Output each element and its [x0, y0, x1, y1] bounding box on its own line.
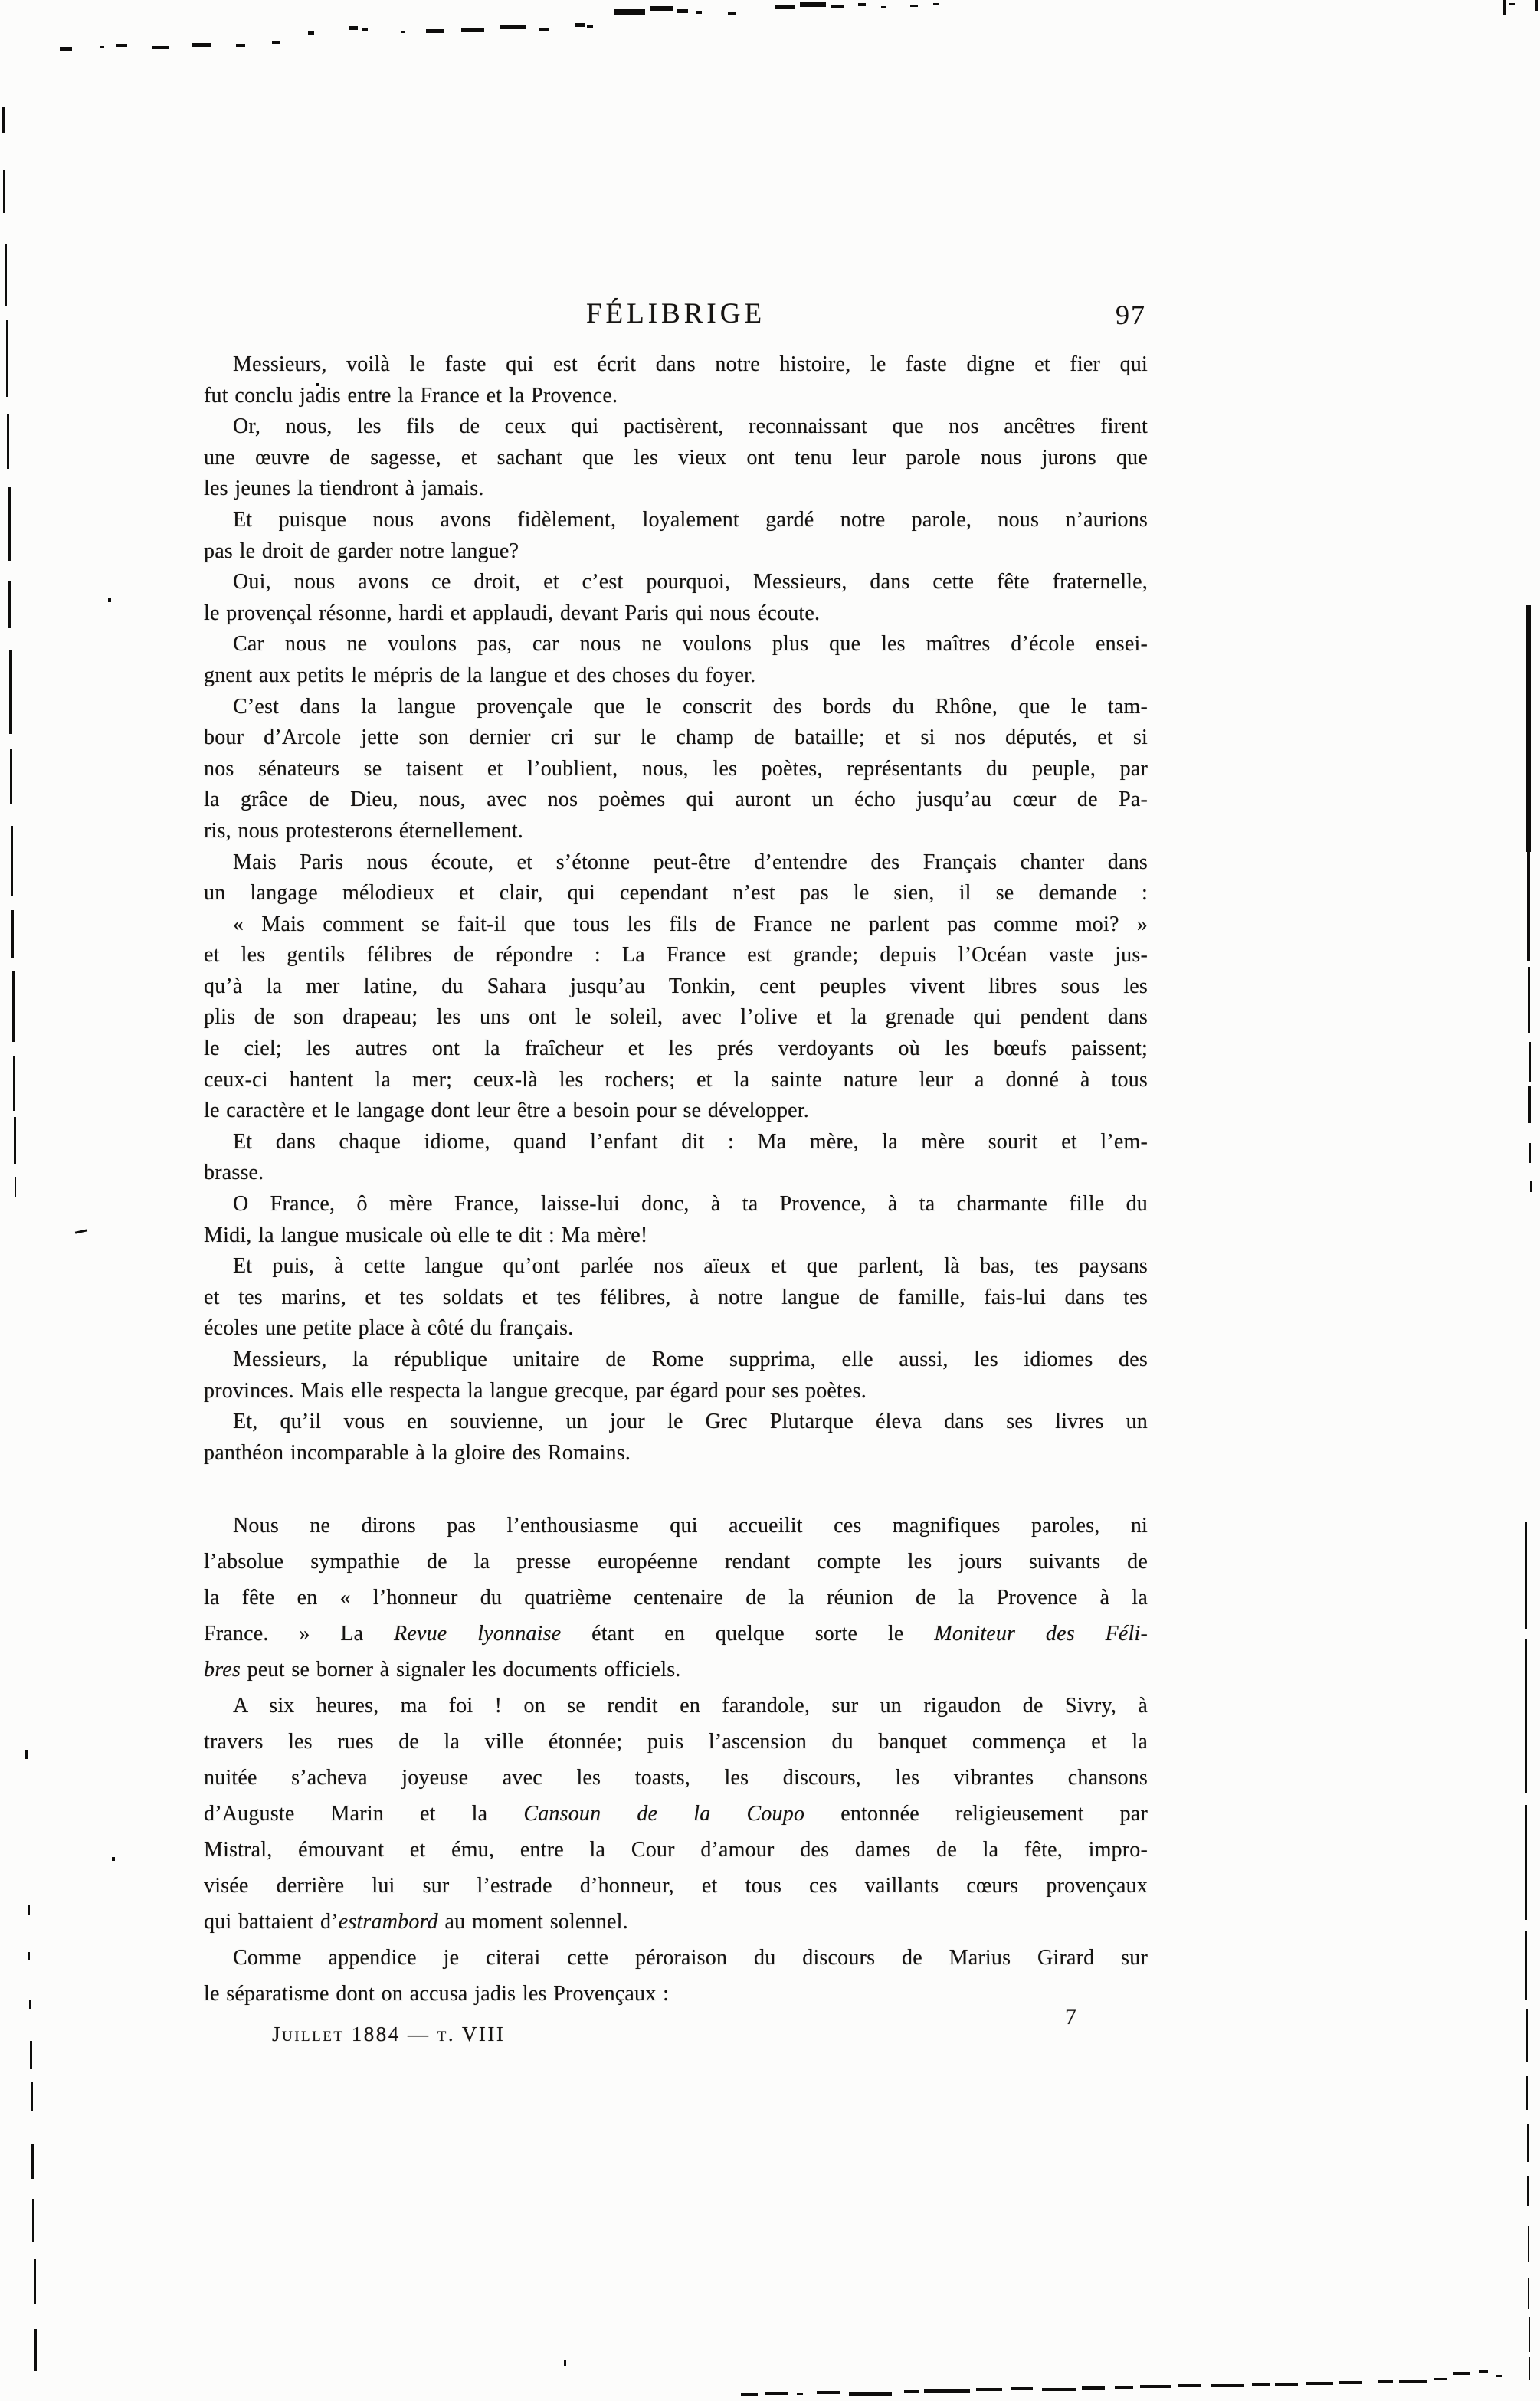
scan-speck: [28, 1905, 30, 1915]
scan-speck: [1535, 0, 1538, 11]
scan-speck: [564, 2360, 566, 2366]
speech-text-block: Messieurs, voilà le faste qui est écrit …: [204, 349, 1148, 1469]
text-line: « Mais comment se fait-il que tous les f…: [204, 909, 1148, 941]
text-line: qu’à la mer latine, du Sahara jusqu’au T…: [204, 971, 1148, 1003]
text-line: ceux-ci hantent la mer; ceux-là les roch…: [204, 1065, 1148, 1096]
scan-speck: [1528, 2278, 1529, 2309]
text-line: Mistral, émouvant et ému, entre la Cour …: [204, 1832, 1148, 1868]
text-run: et les gentils félibres de répondre : La…: [204, 943, 1148, 967]
text-run: France. » La: [204, 1622, 394, 1646]
scan-speck: [1529, 1143, 1531, 1163]
scan-speck: [1526, 2009, 1528, 2062]
text-run: Et dans chaque idiome, quand l’enfant di…: [233, 1130, 1148, 1154]
scan-speck: [1509, 3, 1515, 5]
scan-speck: [13, 1056, 15, 1111]
text-run: le provençal résonne, hardi et applaudi,…: [204, 601, 820, 625]
text-run: Or, nous, les fils de ceux qui pactisère…: [233, 414, 1148, 438]
scan-speck: [8, 487, 11, 561]
scan-speck: [1399, 2380, 1427, 2383]
text-line: plis de son drapeau; les uns ont le sole…: [204, 1002, 1148, 1033]
italic-text-run: Revue lyonnaise: [394, 1622, 561, 1646]
text-line: et tes marins, et tes soldats et tes fél…: [204, 1282, 1148, 1314]
scan-speck: [924, 2389, 970, 2393]
text-run: Et puis, à cette langue qu’ont parlée no…: [233, 1254, 1148, 1278]
scan-speck: [15, 1177, 16, 1197]
page-number: 97: [1116, 299, 1146, 331]
scan-speck: [14, 1117, 16, 1164]
scan-speck: [32, 2199, 34, 2242]
text-line: brasse.: [204, 1158, 1148, 1189]
text-line: fut conclu jadis entre la France et la P…: [204, 381, 1148, 412]
scan-speck: [1527, 2176, 1529, 2206]
text-line: O France, ô mère France, laisse-lui donc…: [204, 1189, 1148, 1220]
text-run: étant en quelque sorte le: [561, 1622, 934, 1646]
text-line: Or, nous, les fils de ceux qui pactisère…: [204, 411, 1148, 443]
scan-speck: [1479, 2370, 1488, 2373]
scan-speck: [8, 581, 11, 628]
scan-speck: [108, 598, 111, 602]
text-line: panthéon incomparable à la gloire des Ro…: [204, 1438, 1148, 1469]
scan-speck: [349, 26, 358, 30]
text-run: entonnée religieusement par: [804, 1802, 1148, 1826]
scan-speck: [7, 414, 9, 469]
text-line: Car nous ne voulons pas, car nous ne vou…: [204, 629, 1148, 660]
text-line: nuitée s’acheva joyeuse avec les toasts,…: [204, 1760, 1148, 1796]
text-line: Et, qu’il vous en souvienne, un jour le …: [204, 1407, 1148, 1438]
text-run: bour d’Arcole jette son dernier cri sur …: [204, 726, 1148, 749]
text-run: plis de son drapeau; les uns ont le sole…: [204, 1005, 1148, 1029]
text-run: les jeunes la tiendront à jamais.: [204, 477, 484, 500]
text-line: gnent aux petits le mépris de la langue …: [204, 660, 1148, 692]
scan-speck: [60, 47, 72, 51]
scan-speck: [316, 383, 319, 386]
text-line: le séparatisme dont on accusa jadis les …: [204, 1976, 1148, 2012]
text-run: Midi, la langue musicale où elle te dit …: [204, 1223, 647, 1247]
text-run: Et, qu’il vous en souvienne, un jour le …: [233, 1410, 1148, 1433]
text-run: Messieurs, la république unitaire de Rom…: [233, 1348, 1148, 1371]
signature-mark: 7: [1065, 2004, 1076, 2030]
scan-speck: [500, 25, 526, 29]
text-run: et tes marins, et tes soldats et tes fél…: [204, 1286, 1148, 1309]
text-line: provinces. Mais elle respecta la langue …: [204, 1376, 1148, 1407]
text-line: d’Auguste Marin et la Cansoun de la Coup…: [204, 1796, 1148, 1832]
scan-speck: [30, 2041, 32, 2069]
text-line: Et puisque nous avons fidèlement, loyale…: [204, 505, 1148, 536]
scan-speck: [1526, 2076, 1528, 2110]
text-run: le ciel; les autres ont la fraîcheur et …: [204, 1037, 1148, 1060]
scan-speck: [1528, 1086, 1531, 1123]
scan-speck: [1530, 1181, 1532, 1192]
text-line: ris, nous protesterons éternellement.: [204, 816, 1148, 847]
text-run: Et puisque nous avons fidèlement, loyale…: [233, 508, 1148, 532]
running-title: FÉLIBRIGE: [204, 297, 1148, 330]
text-run: qui battaient d’: [204, 1910, 339, 1934]
text-line: Et dans chaque idiome, quand l’enfant di…: [204, 1127, 1148, 1158]
scanned-page: FÉLIBRIGE 97 Messieurs, voilà le faste q…: [0, 0, 1540, 2401]
text-line: Messieurs, voilà le faste qui est écrit …: [204, 349, 1148, 381]
text-run: travers les rues de la ville étonnée; pu…: [204, 1730, 1148, 1754]
italic-text-run: Cansoun de la Coupo: [523, 1802, 804, 1826]
scan-speck: [849, 2392, 892, 2396]
text-run: panthéon incomparable à la gloire des Ro…: [204, 1441, 631, 1465]
text-line: qui battaient d’estrambord au moment sol…: [204, 1904, 1148, 1940]
text-run: gnent aux petits le mépris de la langue …: [204, 663, 755, 687]
text-run: A six heures, ma foi ! on se rendit en f…: [233, 1694, 1148, 1718]
scan-speck: [192, 43, 211, 47]
text-line: les jeunes la tiendront à jamais.: [204, 473, 1148, 505]
scan-speck: [741, 2393, 758, 2396]
scan-speck: [12, 971, 15, 1042]
italic-text-run: bres: [204, 1658, 241, 1682]
scan-speck: [34, 2329, 37, 2371]
scan-speck: [1529, 1042, 1531, 1082]
text-run: au moment solennel.: [438, 1910, 628, 1934]
scan-speck: [401, 31, 405, 33]
text-line: Midi, la langue musicale où elle te dit …: [204, 1220, 1148, 1252]
commentary-text-block: Nous ne dirons pas l’enthousiasme qui ac…: [204, 1508, 1148, 2012]
text-line: le ciel; les autres ont la fraîcheur et …: [204, 1033, 1148, 1065]
scan-speck: [3, 170, 5, 213]
scan-speck: [308, 31, 314, 35]
text-run: Car nous ne voulons pas, car nous ne vou…: [233, 632, 1148, 656]
text-run: le séparatisme dont on accusa jadis les …: [204, 1982, 669, 2006]
text-line: France. » La Revue lyonnaise étant en qu…: [204, 1616, 1148, 1652]
scan-speck: [25, 1750, 28, 1759]
text-run: Nous ne dirons pas l’enthousiasme qui ac…: [233, 1514, 1148, 1538]
scan-speck: [976, 2388, 1002, 2391]
scan-speck: [817, 2391, 840, 2394]
text-run: ceux-ci hantent la mer; ceux-là les roch…: [204, 1068, 1148, 1092]
text-run: Mais Paris nous écoute, et s’étonne peut…: [233, 850, 1148, 874]
text-run: pas le droit de garder notre langue?: [204, 539, 519, 563]
text-line: la fête en « l’honneur du quatrième cent…: [204, 1580, 1148, 1616]
text-line: l’absolue sympathie de la presse europée…: [204, 1544, 1148, 1580]
scan-speck: [614, 9, 645, 15]
text-line: pas le droit de garder notre langue?: [204, 536, 1148, 568]
scan-speck: [1527, 2124, 1529, 2162]
scan-speck: [797, 2393, 803, 2395]
scan-speck: [539, 28, 549, 31]
text-run: fut conclu jadis entre la France et la P…: [204, 384, 618, 408]
text-line: visée derrière lui sur l’estrade d’honne…: [204, 1868, 1148, 1904]
scan-speck: [1306, 2382, 1333, 2385]
text-line: Oui, nous avons ce droit, et c’est pourq…: [204, 567, 1148, 598]
volume-imprint: Juillet 1884 — t. VIII: [272, 2023, 505, 2046]
scan-speck: [904, 2390, 919, 2393]
scan-speck: [34, 2259, 36, 2304]
text-line: une œuvre de sagesse, et sachant que les…: [204, 443, 1148, 474]
scan-speck: [11, 826, 13, 896]
scan-speck: [831, 5, 844, 8]
scan-speck: [31, 2144, 34, 2179]
scan-speck: [1378, 2380, 1393, 2383]
scan-speck: [910, 5, 918, 7]
text-run: brasse.: [204, 1161, 264, 1184]
scan-speck: [696, 11, 702, 14]
text-run: une œuvre de sagesse, et sachant que les…: [204, 446, 1148, 470]
italic-text-run: estrambord: [339, 1910, 438, 1934]
scan-speck: [1496, 2375, 1502, 2377]
italic-text-run: Moniteur des Féli-: [934, 1622, 1148, 1646]
scan-speck: [1211, 2384, 1244, 2387]
scan-speck: [236, 44, 245, 47]
scan-speck: [461, 28, 484, 32]
text-run: nuitée s’acheva joyeuse avec les toasts,…: [204, 1766, 1148, 1790]
text-line: bour d’Arcole jette son dernier cri sur …: [204, 722, 1148, 754]
text-run: O France, ô mère France, laisse-lui donc…: [233, 1192, 1148, 1216]
text-line: travers les rues de la ville étonnée; pu…: [204, 1724, 1148, 1760]
scan-speck: [1339, 2381, 1362, 2384]
text-line: écoles une petite place à côté du frança…: [204, 1313, 1148, 1345]
text-run: C’est dans la langue provençale que le c…: [233, 695, 1148, 719]
text-line: Nous ne dirons pas l’enthousiasme qui ac…: [204, 1508, 1148, 1544]
text-run: nos sénateurs se taisent et l’oublient, …: [204, 757, 1148, 781]
text-line: Comme appendice je citerai cette pérorai…: [204, 1940, 1148, 1976]
scan-speck: [728, 12, 736, 15]
scan-speck: [1275, 2383, 1298, 2386]
text-run: provinces. Mais elle respecta la langue …: [204, 1379, 867, 1403]
scan-speck: [100, 46, 104, 48]
text-line: la grâce de Dieu, nous, avec nos poèmes …: [204, 785, 1148, 816]
text-run: écoles une petite place à côté du frança…: [204, 1316, 573, 1340]
text-line: Messieurs, la république unitaire de Rom…: [204, 1345, 1148, 1376]
text-line: C’est dans la langue provençale que le c…: [204, 692, 1148, 723]
page-footer: Juillet 1884 — t. VIII 7: [204, 2023, 1148, 2058]
scan-speck: [587, 25, 593, 28]
text-run: un langage mélodieux et clair, qui cepen…: [204, 881, 1148, 905]
scan-speck: [1528, 2226, 1529, 2262]
scan-speck: [677, 9, 688, 13]
text-run: Mistral, émouvant et ému, entre la Cour …: [204, 1838, 1148, 1862]
scan-speck: [775, 5, 795, 9]
text-line: le provençal résonne, hardi et applaudi,…: [204, 598, 1148, 630]
scan-speck: [29, 2000, 31, 2009]
scan-speck: [152, 46, 169, 49]
scan-speck: [11, 910, 14, 958]
scan-speck: [9, 650, 12, 734]
scan-speck: [28, 1952, 30, 1960]
scan-speck: [31, 2082, 33, 2111]
scan-speck: [1525, 1639, 1527, 1793]
scan-speck: [933, 3, 939, 5]
scan-speck: [272, 41, 280, 44]
scan-speck: [1042, 2388, 1076, 2391]
scan-speck: [881, 6, 886, 8]
text-line: bres peut se borner à signaler les docum…: [204, 1652, 1148, 1688]
scan-speck: [1178, 2384, 1201, 2387]
text-run: « Mais comment se fait-il que tous les f…: [233, 912, 1148, 936]
scan-speck: [1140, 2385, 1171, 2388]
scan-speck: [1525, 1522, 1527, 1629]
scan-speck: [362, 28, 368, 31]
text-line: le caractère et le langage dont leur êtr…: [204, 1096, 1148, 1127]
text-run: peut se borner à signaler les documents …: [241, 1658, 681, 1682]
scan-speck: [1011, 2387, 1033, 2390]
text-line: et les gentils félibres de répondre : La…: [204, 940, 1148, 971]
scan-speck: [1503, 0, 1506, 15]
scan-speck: [5, 244, 7, 306]
scan-speck: [765, 2392, 788, 2395]
text-run: l’absolue sympathie de la presse europée…: [204, 1550, 1148, 1574]
scan-speck: [6, 320, 8, 397]
scan-speck: [10, 749, 12, 804]
scan-speck: [1525, 1805, 1527, 1920]
text-run: Oui, nous avons ce droit, et c’est pourq…: [233, 570, 1148, 594]
text-line: nos sénateurs se taisent et l’oublient, …: [204, 754, 1148, 785]
scan-speck: [1529, 2317, 1530, 2352]
scan-speck: [1115, 2386, 1133, 2389]
scan-speck: [2, 107, 5, 133]
text-run: la fête en « l’honneur du quatrième cent…: [204, 1586, 1148, 1610]
scan-speck: [116, 44, 127, 47]
scan-speck: [1434, 2378, 1447, 2380]
text-run: qu’à la mer latine, du Sahara jusqu’au T…: [204, 974, 1148, 998]
scan-speck: [858, 3, 866, 6]
text-run: visée derrière lui sur l’estrade d’honne…: [204, 1874, 1148, 1898]
scan-speck: [1528, 967, 1530, 1033]
text-line: A six heures, ma foi ! on se rendit en f…: [204, 1688, 1148, 1724]
scan-speck: [1525, 1931, 1527, 2000]
scan-speck: [1453, 2372, 1470, 2375]
text-run: le caractère et le langage dont leur êtr…: [204, 1099, 809, 1122]
scan-speck: [75, 1229, 87, 1233]
scan-speck: [1527, 852, 1530, 961]
text-line: un langage mélodieux et clair, qui cepen…: [204, 878, 1148, 909]
scan-speck: [1529, 2357, 1530, 2380]
scan-speck: [1082, 2386, 1105, 2390]
scan-speck: [650, 6, 673, 11]
scan-speck: [112, 1857, 115, 1861]
text-run: d’Auguste Marin et la: [204, 1802, 523, 1826]
page-header: FÉLIBRIGE 97: [204, 297, 1148, 336]
text-line: Mais Paris nous écoute, et s’étonne peut…: [204, 847, 1148, 879]
scan-speck: [426, 29, 444, 33]
text-run: la grâce de Dieu, nous, avec nos poèmes …: [204, 788, 1148, 811]
text-run: Messieurs, voilà le faste qui est écrit …: [233, 352, 1148, 376]
text-run: Comme appendice je citerai cette pérorai…: [233, 1946, 1148, 1970]
text-line: Et puis, à cette langue qu’ont parlée no…: [204, 1251, 1148, 1282]
scan-speck: [575, 23, 585, 27]
scan-speck: [1526, 605, 1531, 852]
scan-speck: [800, 2, 826, 7]
scan-speck: [1252, 2383, 1270, 2386]
text-run: ris, nous protesterons éternellement.: [204, 819, 523, 843]
